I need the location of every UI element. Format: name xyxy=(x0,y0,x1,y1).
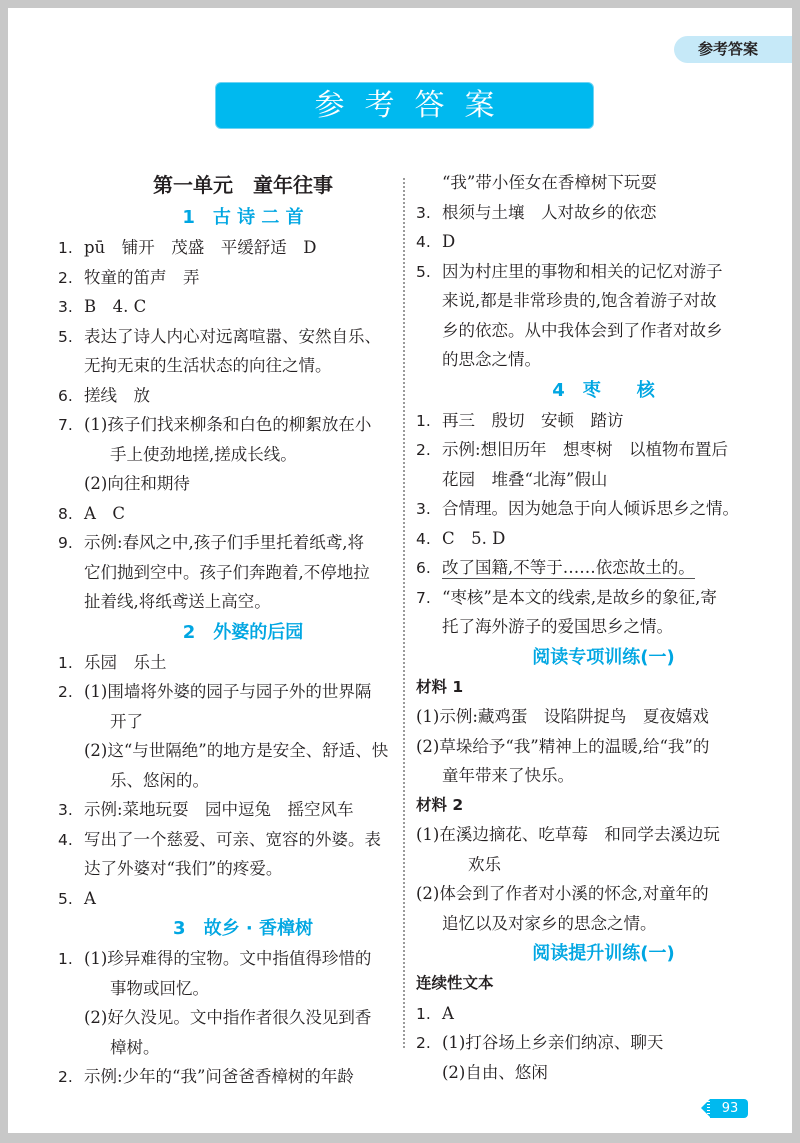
answer-line-cont: 它们抛到空中。孩子们奔跑着,不停地拉 xyxy=(58,558,398,588)
answer-line: 4.写出了一个慈爱、可亲、宽容的外婆。表 xyxy=(58,825,398,855)
page-number: 93 xyxy=(710,1099,748,1118)
answer-line-cont: 乡的依恋。从中我体会到了作者对故乡 xyxy=(416,316,761,346)
answer-line: 2.示例:想旧历年 想枣树 以植物布置后 xyxy=(416,435,761,465)
answer-subline: (1)在溪边摘花、吃草莓 和同学去溪边玩 xyxy=(416,820,761,850)
answer-line: 7.“枣核”是本文的线索,是故乡的象征,寄 xyxy=(416,583,761,613)
answer-line-cont: 开了 xyxy=(58,707,398,737)
answer-line-cont: “我”带小侄女在香樟树下玩耍 xyxy=(416,168,761,198)
material-2-label: 材料 2 xyxy=(416,791,761,821)
answer-line: 1.再三 殷切 安顿 踏访 xyxy=(416,406,761,436)
answer-line: 9.示例:春风之中,孩子们手里托着纸鸢,将 xyxy=(58,528,398,558)
answer-line-cont: 扯着线,将纸鸢送上高空。 xyxy=(58,587,398,617)
answer-line-cont: 欢乐 xyxy=(416,850,761,880)
answer-line: 2.牧童的笛声 弄 xyxy=(58,263,398,293)
answer-line: 2.示例:少年的“我”问爸爸香樟树的年龄 xyxy=(58,1062,398,1092)
answer-line: 3.根须与土壤 人对故乡的依恋 xyxy=(416,198,761,228)
answer-line: 5.表达了诗人内心对远离喧嚣、安然自乐、 xyxy=(58,322,398,352)
answer-line: 1.乐园 乐土 xyxy=(58,648,398,678)
answer-subline: (1)示例:藏鸡蛋 设陷阱捉鸟 夏夜嬉戏 xyxy=(416,702,761,732)
answer-line: 4.C 5. D xyxy=(416,524,761,554)
answer-line-cont: 樟树。 xyxy=(58,1033,398,1063)
answer-line: 5.因为村庄里的事物和相关的记忆对游子 xyxy=(416,257,761,287)
answer-subline: (2)草垛给予“我”精神上的温暖,给“我”的 xyxy=(416,732,761,762)
left-column: 第一单元 童年往事 1 古 诗 二 首 1.pū 铺开 茂盛 平缓舒适 D 2.… xyxy=(58,168,398,1092)
answer-line-cont: 乐、悠闲的。 xyxy=(58,766,398,796)
answer-page: 参考答案 参考答案 第一单元 童年往事 1 古 诗 二 首 1.pū 铺开 茂盛… xyxy=(8,8,792,1133)
answer-line-cont: 的思念之情。 xyxy=(416,345,761,375)
answer-line-cont: 花园 堆叠“北海”假山 xyxy=(416,465,761,495)
unit-title: 第一单元 童年往事 xyxy=(58,168,398,202)
answer-subline: (2)自由、悠闲 xyxy=(416,1058,761,1088)
answer-line-cont: 追忆以及对家乡的思念之情。 xyxy=(416,909,761,939)
answer-line-cont: 托了海外游子的爱国思乡之情。 xyxy=(416,612,761,642)
material-1-label: 材料 1 xyxy=(416,673,761,703)
lesson-title-3: 3 故乡 · 香樟树 xyxy=(58,913,398,944)
answer-line: 4.D xyxy=(416,227,761,257)
answer-line: 6.改了国籍,不等于……依恋故土的。 xyxy=(416,553,761,583)
title-banner: 参考答案 xyxy=(215,82,594,129)
section-tab: 参考答案 xyxy=(674,36,792,63)
answer-subline: (2)这“与世隔绝”的地方是安全、舒适、快 xyxy=(58,736,398,766)
answer-line-cont: 达了外婆对“我们”的疼爱。 xyxy=(58,854,398,884)
answer-line: 1.pū 铺开 茂盛 平缓舒适 D xyxy=(58,233,398,263)
answer-line: 3.合情理。因为她急于向人倾诉思乡之情。 xyxy=(416,494,761,524)
answer-line: 2.(1)打谷场上乡亲们纳凉、聊天 xyxy=(416,1028,761,1058)
lesson-title-4: 4 枣 核 xyxy=(416,375,761,406)
answer-line: 2.(1)围墙将外婆的园子与园子外的世界隔 xyxy=(58,677,398,707)
lesson-title-1: 1 古 诗 二 首 xyxy=(58,202,398,233)
answer-subline: (2)向往和期待 xyxy=(58,469,398,499)
answer-line: 3.B 4. C xyxy=(58,292,398,322)
answer-subline: (2)体会到了作者对小溪的怀念,对童年的 xyxy=(416,879,761,909)
underlined-answer: 改了国籍,不等于……依恋故土的。 xyxy=(442,558,695,579)
answer-line: 8.A C xyxy=(58,499,398,529)
answer-line: 6.搓线 放 xyxy=(58,381,398,411)
answer-line-cont: 童年带来了快乐。 xyxy=(416,761,761,791)
answer-line-cont: 来说,都是非常珍贵的,饱含着游子对故 xyxy=(416,286,761,316)
answer-line-cont: 无拘无束的生活状态的向往之情。 xyxy=(58,351,398,381)
answer-line: 5.A xyxy=(58,884,398,914)
answer-subline: (2)好久没见。文中指作者很久没见到香 xyxy=(58,1003,398,1033)
answer-line: 3.示例:菜地玩耍 园中逗兔 摇空风车 xyxy=(58,795,398,825)
right-column: “我”带小侄女在香樟树下玩耍 3.根须与土壤 人对故乡的依恋 4.D 5.因为村… xyxy=(416,168,761,1087)
reading-special-title: 阅读专项训练(一) xyxy=(416,642,761,673)
continuous-text-label: 连续性文本 xyxy=(416,969,761,999)
answer-line: 1.(1)珍异难得的宝物。文中指值得珍惜的 xyxy=(58,944,398,974)
answer-line-cont: 手上使劲地搓,搓成长线。 xyxy=(58,440,398,470)
lesson-title-2: 2 外婆的后园 xyxy=(58,617,398,648)
column-divider xyxy=(403,178,405,1048)
answer-line-cont: 事物或回忆。 xyxy=(58,974,398,1004)
answer-line: 1.A xyxy=(416,999,761,1029)
answer-line: 7.(1)孩子们找来柳条和白色的柳絮放在小 xyxy=(58,410,398,440)
reading-improve-title: 阅读提升训练(一) xyxy=(416,938,761,969)
